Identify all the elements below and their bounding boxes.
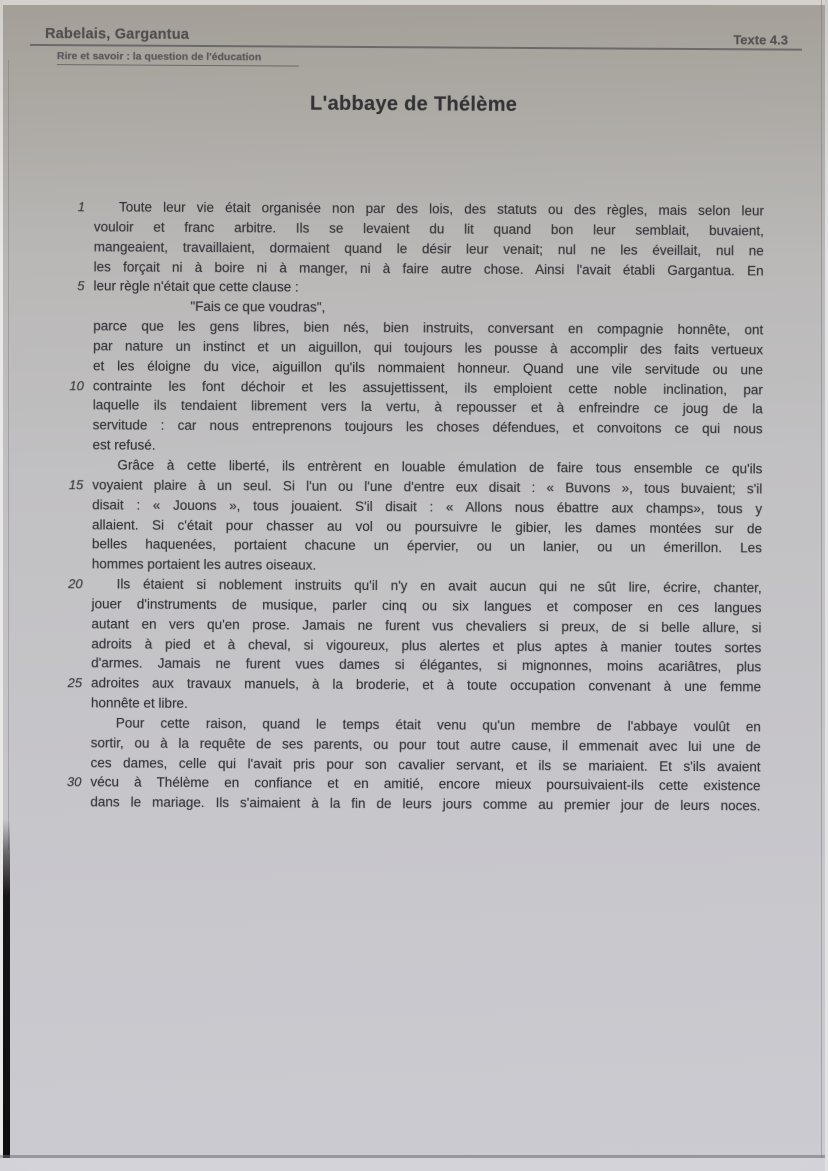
line-number (0, 733, 91, 753)
line-number (0, 792, 90, 812)
line-number (0, 455, 92, 475)
line-number: 1 (0, 197, 94, 217)
line-number (0, 395, 93, 415)
line-number: 20 (0, 574, 92, 594)
line-number (0, 653, 91, 673)
photo-edge-left-shadow (3, 820, 10, 1163)
line-number (0, 534, 92, 554)
photo-edge-bottom (0, 1158, 828, 1171)
line-number (0, 316, 93, 336)
header-text-number: Texte 4.3 (733, 32, 788, 47)
line-number: 5 (0, 276, 94, 296)
line-number: 10 (0, 375, 93, 395)
line-number (0, 713, 91, 733)
page-title: L'abbaye de Thélème (0, 91, 828, 119)
line-number (0, 613, 91, 633)
line-number (0, 435, 93, 455)
photo-edge-top (0, 0, 828, 5)
header-work-title: Rabelais, Gargantua (45, 26, 189, 43)
line-number (0, 752, 91, 772)
line-number (0, 236, 94, 256)
line-number (0, 355, 93, 375)
line-number (0, 256, 94, 276)
line-number: 30 (0, 772, 91, 792)
line-number: 25 (0, 673, 91, 693)
line-number (0, 415, 93, 435)
header-rule (30, 44, 802, 51)
photo-edge-left-line (8, 60, 9, 850)
line-number (0, 594, 92, 614)
line-number (0, 633, 91, 653)
line-number (0, 693, 91, 713)
photo-edge-right-line (821, 0, 822, 1158)
line-number: 15 (0, 475, 92, 495)
scanned-page-photo: Rabelais, Gargantua Texte 4.3 Rire et sa… (0, 0, 828, 1171)
header-subtitle: Rire et savoir : la question de l'éducat… (57, 50, 299, 66)
line-number (0, 336, 93, 356)
line-number (0, 217, 94, 237)
line-number (0, 494, 92, 514)
line-number (0, 554, 92, 574)
line-number (0, 514, 92, 534)
text-line: dans le mariage. Ils s'aimaient à la fin… (0, 792, 760, 817)
line-text: dans le mariage. Ils s'aimaient à la fin… (90, 793, 760, 817)
text-body: 1Toute leur vie était organisée non par … (0, 197, 764, 817)
line-number (0, 296, 93, 316)
page-content: Rabelais, Gargantua Texte 4.3 Rire et sa… (0, 0, 828, 1171)
